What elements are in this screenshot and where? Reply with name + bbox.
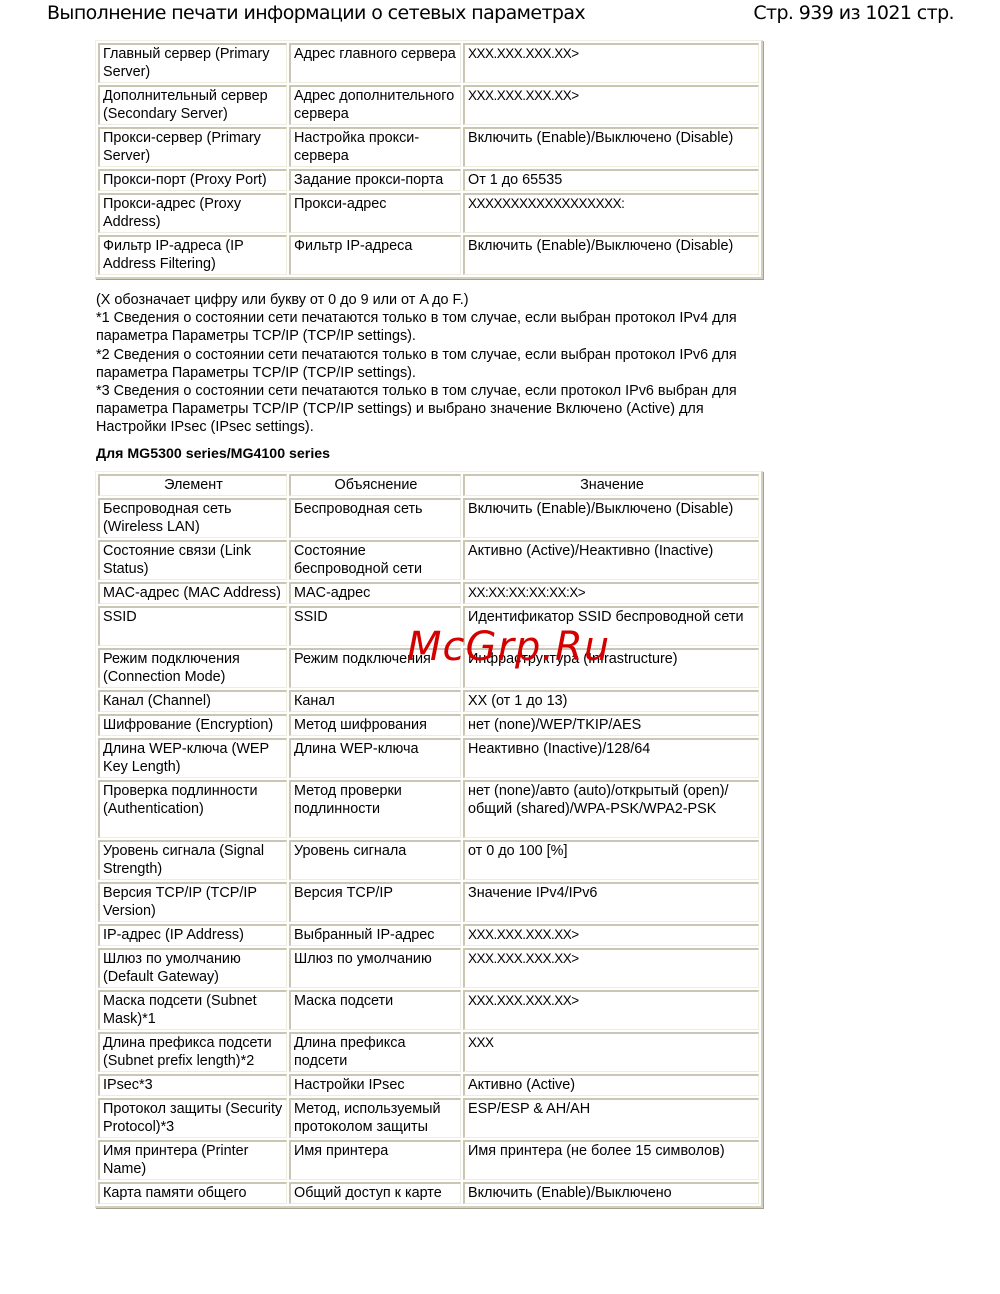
cell-value: Включить (Enable)/Выключено (Disable) [463, 235, 759, 275]
cell-value: Включить (Enable)/Выключено (Disable) [463, 498, 759, 538]
table-row: Карта памяти общегоОбщий доступ к картеВ… [98, 1182, 759, 1204]
network-settings-table-continued: Главный сервер (Primary Server)Адрес гла… [95, 40, 763, 279]
cell-explanation: Фильтр IP-адреса [289, 235, 461, 275]
cell-value: XXX.XXX.XXX.XX> [463, 924, 759, 946]
cell-value: Имя принтера (не более 15 символов) [463, 1140, 759, 1180]
cell-item: SSID [98, 606, 287, 646]
table-row: Шлюз по умолчанию (Default Gateway)Шлюз … [98, 948, 759, 988]
cell-explanation: Имя принтера [289, 1140, 461, 1180]
table-row: Прокси-сервер (Primary Server)Настройка … [98, 127, 759, 167]
cell-item: Главный сервер (Primary Server) [98, 43, 287, 83]
document-title: Выполнение печати информации о сетевых п… [47, 2, 585, 24]
cell-explanation: SSID [289, 606, 461, 646]
table-row: SSIDSSIDИдентификатор SSID беспроводной … [98, 606, 759, 646]
cell-explanation: Беспроводная сеть [289, 498, 461, 538]
column-header-item: Элемент [98, 474, 287, 496]
cell-item: Прокси-сервер (Primary Server) [98, 127, 287, 167]
cell-value: Активно (Active)/Неактивно (Inactive) [463, 540, 759, 580]
cell-item: Версия TCP/IP (TCP/IP Version) [98, 882, 287, 922]
table-row: Прокси-адрес (Proxy Address)Прокси-адрес… [98, 193, 759, 233]
cell-item: Беспроводная сеть (Wireless LAN) [98, 498, 287, 538]
table-row: IPsec*3Настройки IPsecАктивно (Active) [98, 1074, 759, 1096]
cell-explanation: Длина WEP-ключа [289, 738, 461, 778]
cell-item: Проверка подлинности (Authentication) [98, 780, 287, 838]
cell-explanation: Метод, используемый протоколом защиты [289, 1098, 461, 1138]
cell-explanation: Метод проверки подлинности [289, 780, 461, 838]
cell-value: XXX.XXX.XXX.XX> [463, 43, 759, 83]
table-row: Фильтр IP-адреса (IP Address Filtering)Ф… [98, 235, 759, 275]
cell-explanation: Адрес дополнительного сервера [289, 85, 461, 125]
cell-explanation: Метод шифрования [289, 714, 461, 736]
cell-value: XXXXXXXXXXXXXXXXXX: [463, 193, 759, 233]
table-row: Версия TCP/IP (TCP/IP Version)Версия TCP… [98, 882, 759, 922]
cell-explanation: Режим подключения [289, 648, 461, 688]
table-row: MAC-адрес (MAC Address)MAC-адресXX:XX:XX… [98, 582, 759, 604]
cell-explanation: Настройки IPsec [289, 1074, 461, 1096]
footnote-3: *3 Сведения о состоянии сети печатаются … [96, 382, 776, 437]
cell-item: Дополнительный сервер (Secondary Server) [98, 85, 287, 125]
cell-explanation: MAC-адрес [289, 582, 461, 604]
cell-value: нет (none)/авто (auto)/открытый (open)/ … [463, 780, 759, 838]
table1-body: Главный сервер (Primary Server)Адрес гла… [98, 43, 759, 275]
cell-explanation: Адрес главного сервера [289, 43, 461, 83]
cell-explanation: Задание прокси-порта [289, 169, 461, 191]
cell-item: Шифрование (Encryption) [98, 714, 287, 736]
table-row: Состояние связи (Link Status)Состояние б… [98, 540, 759, 580]
cell-item: Фильтр IP-адреса (IP Address Filtering) [98, 235, 287, 275]
table-row: Канал (Channel)КаналXX (от 1 до 13) [98, 690, 759, 712]
table-row: Маска подсети (Subnet Mask)*1Маска подсе… [98, 990, 759, 1030]
table-row: Имя принтера (Printer Name)Имя принтераИ… [98, 1140, 759, 1180]
cell-explanation: Прокси-адрес [289, 193, 461, 233]
cell-item: Длина WEP-ключа (WEP Key Length) [98, 738, 287, 778]
cell-item: Карта памяти общего [98, 1182, 287, 1204]
table-row: Длина префикса подсети (Subnet prefix le… [98, 1032, 759, 1072]
cell-value: От 1 до 65535 [463, 169, 759, 191]
cell-item: Длина префикса подсети (Subnet prefix le… [98, 1032, 287, 1072]
cell-explanation: Канал [289, 690, 461, 712]
cell-value: Идентификатор SSID беспроводной сети [463, 606, 759, 646]
cell-value: XXX.XXX.XXX.XX> [463, 948, 759, 988]
table-row: Проверка подлинности (Authentication)Мет… [98, 780, 759, 838]
table-row: Беспроводная сеть (Wireless LAN)Беспрово… [98, 498, 759, 538]
page-indicator: Стр. 939 из 1021 стр. [753, 2, 954, 24]
cell-item: Уровень сигнала (Signal Strength) [98, 840, 287, 880]
footnote-2: *2 Сведения о состоянии сети печатаются … [96, 346, 776, 382]
network-settings-table-mg5300: Элемент Объяснение Значение Беспроводная… [95, 471, 763, 1208]
cell-explanation: Шлюз по умолчанию [289, 948, 461, 988]
cell-item: Канал (Channel) [98, 690, 287, 712]
table-row: Дополнительный сервер (Secondary Server)… [98, 85, 759, 125]
cell-item: Прокси-порт (Proxy Port) [98, 169, 287, 191]
table-row: Шифрование (Encryption)Метод шифрованиян… [98, 714, 759, 736]
cell-item: Имя принтера (Printer Name) [98, 1140, 287, 1180]
cell-value: ESP/ESP & AH/AH [463, 1098, 759, 1138]
cell-value: XXX [463, 1032, 759, 1072]
cell-value: Инфраструктура (Infrastructure) [463, 648, 759, 688]
cell-explanation: Состояние беспроводной сети [289, 540, 461, 580]
cell-explanation: Длина префикса подсети [289, 1032, 461, 1072]
cell-item: Шлюз по умолчанию (Default Gateway) [98, 948, 287, 988]
table-row: Главный сервер (Primary Server)Адрес гла… [98, 43, 759, 83]
cell-item: Прокси-адрес (Proxy Address) [98, 193, 287, 233]
cell-item: IP-адрес (IP Address) [98, 924, 287, 946]
footnotes: (X обозначает цифру или букву от 0 до 9 … [96, 291, 776, 437]
cell-value: XX (от 1 до 13) [463, 690, 759, 712]
cell-value: нет (none)/WEP/TKIP/AES [463, 714, 759, 736]
column-header-explanation: Объяснение [289, 474, 461, 496]
cell-value: от 0 до 100 [%] [463, 840, 759, 880]
cell-value: Значение IPv4/IPv6 [463, 882, 759, 922]
cell-item: Состояние связи (Link Status) [98, 540, 287, 580]
cell-item: Маска подсети (Subnet Mask)*1 [98, 990, 287, 1030]
cell-value: Включить (Enable)/Выключено [463, 1182, 759, 1204]
cell-value: Неактивно (Inactive)/128/64 [463, 738, 759, 778]
cell-value: XXX.XXX.XXX.XX> [463, 85, 759, 125]
column-header-value: Значение [463, 474, 759, 496]
table2-body: Беспроводная сеть (Wireless LAN)Беспрово… [98, 498, 759, 1204]
cell-item: IPsec*3 [98, 1074, 287, 1096]
table-row: Режим подключения (Connection Mode)Режим… [98, 648, 759, 688]
cell-item: MAC-адрес (MAC Address) [98, 582, 287, 604]
table-row: Уровень сигнала (Signal Strength)Уровень… [98, 840, 759, 880]
table-row: Прокси-порт (Proxy Port)Задание прокси-п… [98, 169, 759, 191]
cell-explanation: Настройка прокси-сервера [289, 127, 461, 167]
footnote-1: *1 Сведения о состоянии сети печатаются … [96, 309, 776, 345]
cell-value: Активно (Active) [463, 1074, 759, 1096]
section-title: Для MG5300 series/MG4100 series [96, 446, 330, 462]
table-row: IP-адрес (IP Address)Выбранный IP-адресX… [98, 924, 759, 946]
cell-explanation: Общий доступ к карте [289, 1182, 461, 1204]
cell-value: XX:XX:XX:XX:XX:X> [463, 582, 759, 604]
cell-explanation: Маска подсети [289, 990, 461, 1030]
cell-value: XXX.XXX.XXX.XX> [463, 990, 759, 1030]
cell-explanation: Уровень сигнала [289, 840, 461, 880]
page-header: Выполнение печати информации о сетевых п… [0, 0, 1000, 30]
table-header-row: Элемент Объяснение Значение [98, 474, 759, 496]
table-row: Протокол защиты (Security Protocol)*3Мет… [98, 1098, 759, 1138]
cell-item: Протокол защиты (Security Protocol)*3 [98, 1098, 287, 1138]
cell-item: Режим подключения (Connection Mode) [98, 648, 287, 688]
footnote-x-legend: (X обозначает цифру или букву от 0 до 9 … [96, 291, 776, 309]
cell-explanation: Выбранный IP-адрес [289, 924, 461, 946]
cell-value: Включить (Enable)/Выключено (Disable) [463, 127, 759, 167]
table-row: Длина WEP-ключа (WEP Key Length)Длина WE… [98, 738, 759, 778]
cell-explanation: Версия TCP/IP [289, 882, 461, 922]
